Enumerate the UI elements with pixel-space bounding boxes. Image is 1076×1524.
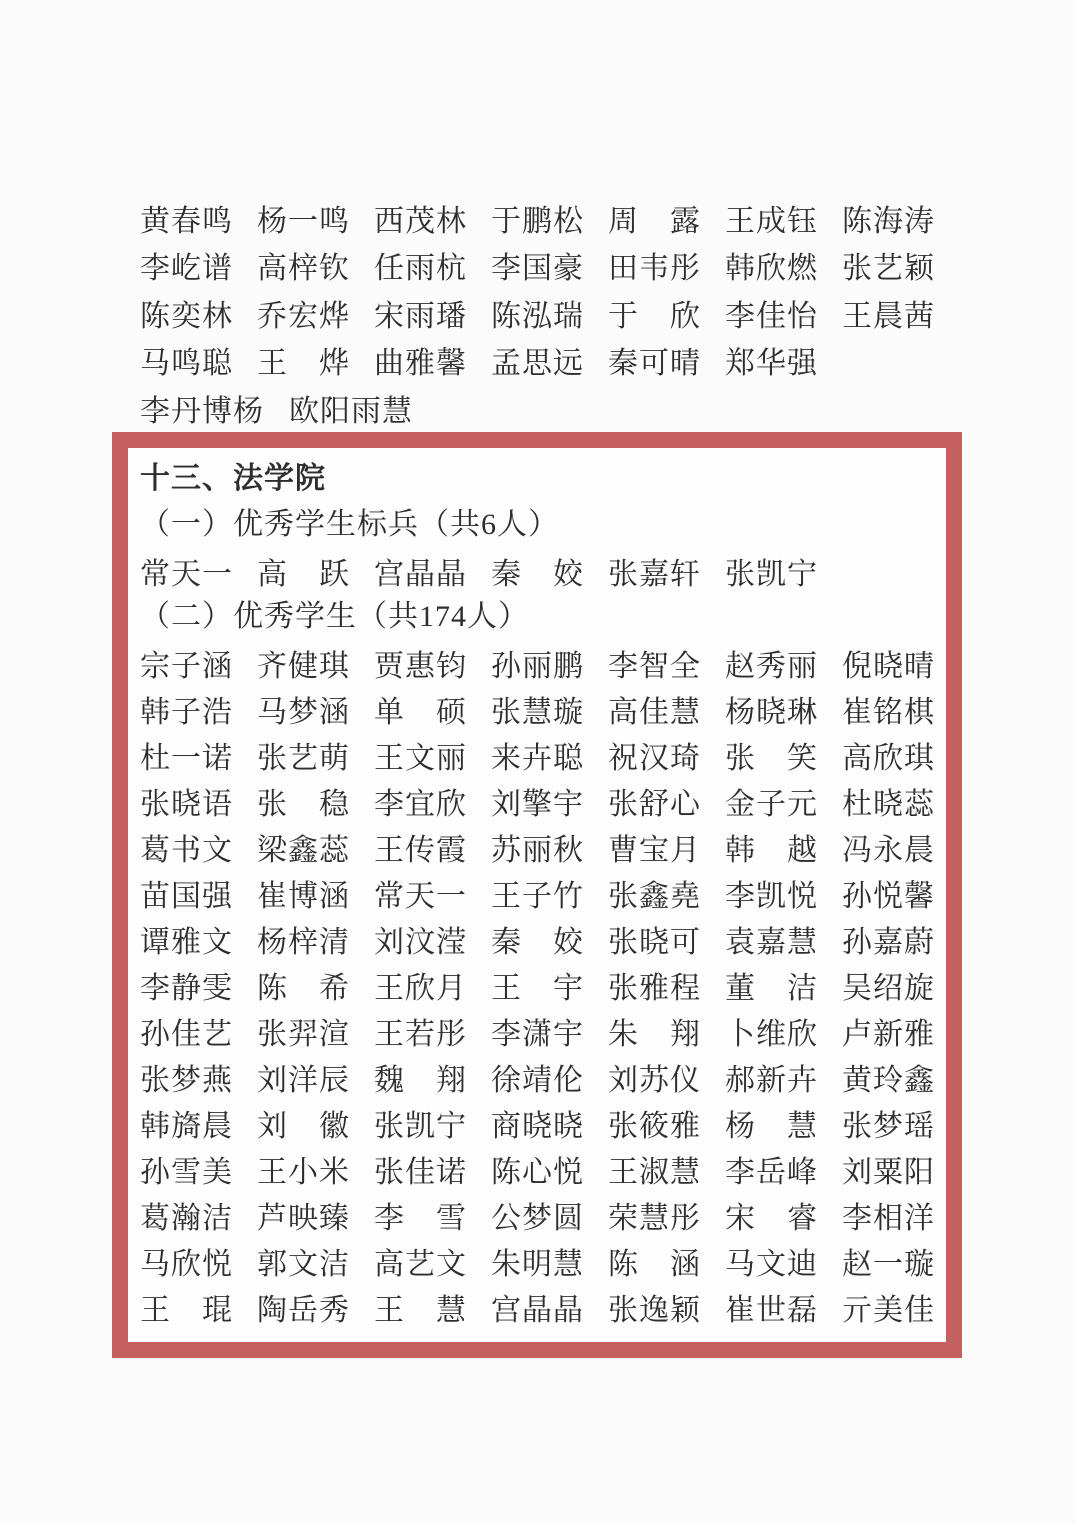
student-name: 卢新雅 <box>842 1009 936 1053</box>
student-name: 王小米 <box>257 1147 351 1191</box>
student-name: 周 露 <box>608 196 702 240</box>
top-name-list: 黄春鸣杨一鸣西茂林于鹏松周 露王成钰陈海涛李屹谱高梓钦任雨杭李国豪田韦彤韩欣燃张… <box>0 194 1076 432</box>
student-name: 金子元 <box>725 779 819 823</box>
student-name: 常天一 <box>374 871 468 915</box>
name-row: 王 琨陶岳秀王 慧宫晶晶张逸颖崔世磊亓美佳 <box>140 1284 946 1330</box>
student-name: 王传霞 <box>374 825 468 869</box>
student-name: 韩旖晨 <box>140 1101 234 1145</box>
student-name: 张佳诺 <box>374 1147 468 1191</box>
student-name: 韩 越 <box>725 825 819 869</box>
student-name: 赵一璇 <box>842 1239 936 1283</box>
student-name: 杨 慧 <box>725 1101 819 1145</box>
student-name: 张 笑 <box>725 733 819 777</box>
student-name: 刘擎宇 <box>491 779 585 823</box>
student-name: 崔博涵 <box>257 871 351 915</box>
student-name: 马梦涵 <box>257 687 351 731</box>
student-name: 公梦圆 <box>491 1193 585 1237</box>
name-row: 张晓语张 稳李宜欣刘擎宇张舒心金子元杜晓蕊 <box>140 778 946 824</box>
student-name: 王 烨 <box>257 338 351 382</box>
student-name: 韩子浩 <box>140 687 234 731</box>
student-name: 张梦瑶 <box>842 1101 936 1145</box>
student-name: 冯永晨 <box>842 825 936 869</box>
student-name: 孙嘉蔚 <box>842 917 936 961</box>
highlighted-section: 十三、法学院 （一）优秀学生标兵（共6人） 常天一高 跃宫晶晶秦 姣张嘉轩张凯宁… <box>112 432 962 1358</box>
student-name: 张鑫堯 <box>608 871 702 915</box>
student-name: 孙佳艺 <box>140 1009 234 1053</box>
student-name: 张逸颖 <box>608 1285 702 1329</box>
name-row: 杜一诺张艺萌王文丽来卉聪祝汉琦张 笑高欣琪 <box>140 732 946 778</box>
name-row: 李静雯陈 希王欣月王 宇张雅程董 洁吴绍旋 <box>140 962 946 1008</box>
student-name: 马文迪 <box>725 1239 819 1283</box>
student-name: 秦 姣 <box>491 549 585 593</box>
student-name: 高 跃 <box>257 549 351 593</box>
student-name: 刘粟阳 <box>842 1147 936 1191</box>
student-name: 李丹博杨 <box>140 386 266 430</box>
student-name: 谭雅文 <box>140 917 234 961</box>
student-name: 张艺萌 <box>257 733 351 777</box>
student-name: 李 雪 <box>374 1193 468 1237</box>
student-name: 王淑慧 <box>608 1147 702 1191</box>
name-row: 苗国强崔博涵常天一王子竹张鑫堯李凯悦孙悦馨 <box>140 870 946 916</box>
document-page: 黄春鸣杨一鸣西茂林于鹏松周 露王成钰陈海涛李屹谱高梓钦任雨杭李国豪田韦彤韩欣燃张… <box>0 0 1076 1358</box>
student-name: 李佳怡 <box>725 291 819 335</box>
student-name: 葛书文 <box>140 825 234 869</box>
student-name: 杨梓清 <box>257 917 351 961</box>
student-name: 张晓可 <box>608 917 702 961</box>
student-name: 陈海涛 <box>842 196 936 240</box>
student-name: 袁嘉慧 <box>725 917 819 961</box>
student-name: 曲雅馨 <box>374 338 468 382</box>
student-name: 刘苏仪 <box>608 1055 702 1099</box>
student-name: 李凯悦 <box>725 871 819 915</box>
outstanding-students-grid: 宗子涵齐健琪贾惠钧孙丽鹏李智全赵秀丽倪晓晴韩子浩马梦涵单 硕张慧璇高佳慧杨晓琳崔… <box>140 640 946 1330</box>
student-name: 吴绍旋 <box>842 963 936 1007</box>
section-title: 十三、法学院 <box>140 456 946 502</box>
student-name: 祝汉琦 <box>608 733 702 777</box>
student-name: 陈 涵 <box>608 1239 702 1283</box>
name-row: 葛瀚洁芦映臻李 雪公梦圆荣慧彤宋 睿李相洋 <box>140 1192 946 1238</box>
student-name: 李静雯 <box>140 963 234 1007</box>
model-students-grid: 常天一高 跃宫晶晶秦 姣张嘉轩张凯宁 <box>140 548 946 594</box>
student-name: 芦映臻 <box>257 1193 351 1237</box>
student-name: 王子竹 <box>491 871 585 915</box>
student-name: 王文丽 <box>374 733 468 777</box>
student-name: 秦可晴 <box>608 338 702 382</box>
student-name: 卜维欣 <box>725 1009 819 1053</box>
student-name: 崔铭棋 <box>842 687 936 731</box>
student-name: 杨晓琳 <box>725 687 819 731</box>
name-row: 常天一高 跃宫晶晶秦 姣张嘉轩张凯宁 <box>140 548 946 594</box>
student-name: 王欣月 <box>374 963 468 1007</box>
student-name: 王成钰 <box>725 196 819 240</box>
student-name: 黄春鸣 <box>140 196 234 240</box>
student-name: 崔世磊 <box>725 1285 819 1329</box>
student-name: 西茂林 <box>374 196 468 240</box>
student-name: 宫晶晶 <box>374 549 468 593</box>
student-name: 黄玲鑫 <box>842 1055 936 1099</box>
student-name: 马鸣聪 <box>140 338 234 382</box>
student-name: 田韦彤 <box>608 243 702 287</box>
name-row: 李屹谱高梓钦任雨杭李国豪田韦彤韩欣燃张艺颖 <box>140 242 976 290</box>
student-name: 亓美佳 <box>842 1285 936 1329</box>
student-name: 来卉聪 <box>491 733 585 777</box>
student-name: 孙悦馨 <box>842 871 936 915</box>
student-name: 张慧璇 <box>491 687 585 731</box>
student-name: 杜晓蕊 <box>842 779 936 823</box>
student-name: 于鹏松 <box>491 196 585 240</box>
student-name: 李智全 <box>608 641 702 685</box>
student-name: 陈奕林 <box>140 291 234 335</box>
student-name: 郭文洁 <box>257 1239 351 1283</box>
student-name: 李潇宇 <box>491 1009 585 1053</box>
student-name: 张筱雅 <box>608 1101 702 1145</box>
student-name: 张凯宁 <box>374 1101 468 1145</box>
student-name: 陈 希 <box>257 963 351 1007</box>
name-row: 张梦燕刘洋辰魏 翔徐靖伦刘苏仪郝新卉黄玲鑫 <box>140 1054 946 1100</box>
student-name: 李屹谱 <box>140 243 234 287</box>
student-name: 孙丽鹏 <box>491 641 585 685</box>
student-name: 张 稳 <box>257 779 351 823</box>
student-name: 杜一诺 <box>140 733 234 777</box>
student-name: 高艺文 <box>374 1239 468 1283</box>
student-name: 魏 翔 <box>374 1055 468 1099</box>
student-name: 刘 徽 <box>257 1101 351 1145</box>
student-name: 单 硕 <box>374 687 468 731</box>
student-name: 乔宏烨 <box>257 291 351 335</box>
name-row: 马欣悦郭文洁高艺文朱明慧陈 涵马文迪赵一璇 <box>140 1238 946 1284</box>
student-name: 董 洁 <box>725 963 819 1007</box>
student-name: 李相洋 <box>842 1193 936 1237</box>
student-name: 徐靖伦 <box>491 1055 585 1099</box>
student-name: 陈心悦 <box>491 1147 585 1191</box>
name-row: 宗子涵齐健琪贾惠钧孙丽鹏李智全赵秀丽倪晓晴 <box>140 640 946 686</box>
student-name: 张凯宁 <box>725 549 819 593</box>
name-row: 黄春鸣杨一鸣西茂林于鹏松周 露王成钰陈海涛 <box>140 194 976 242</box>
student-name: 于 欣 <box>608 291 702 335</box>
student-name: 高梓钦 <box>257 243 351 287</box>
student-name: 齐健琪 <box>257 641 351 685</box>
student-name: 王 宇 <box>491 963 585 1007</box>
student-name: 张雅程 <box>608 963 702 1007</box>
student-name: 高欣琪 <box>842 733 936 777</box>
student-name: 张嘉轩 <box>608 549 702 593</box>
name-row: 葛书文梁鑫蕊王传霞苏丽秋曹宝月韩 越冯永晨 <box>140 824 946 870</box>
student-name: 宋 睿 <box>725 1193 819 1237</box>
name-row: 李丹博杨欧阳雨慧 <box>140 384 976 432</box>
name-row: 谭雅文杨梓清刘汶滢秦 姣张晓可袁嘉慧孙嘉蔚 <box>140 916 946 962</box>
student-name: 韩欣燃 <box>725 243 819 287</box>
student-name: 王若彤 <box>374 1009 468 1053</box>
name-row: 陈奕林乔宏烨宋雨璠陈泓瑞于 欣李佳怡王晨茜 <box>140 289 976 337</box>
student-name: 杨一鸣 <box>257 196 351 240</box>
subsection-heading-outstanding-students: （二）优秀学生（共174人） <box>140 594 946 640</box>
student-name: 商晓晓 <box>491 1101 585 1145</box>
student-name: 朱 翔 <box>608 1009 702 1053</box>
student-name: 刘汶滢 <box>374 917 468 961</box>
name-row: 孙雪美王小米张佳诺陈心悦王淑慧李岳峰刘粟阳 <box>140 1146 946 1192</box>
student-name: 孟思远 <box>491 338 585 382</box>
student-name: 李宜欣 <box>374 779 468 823</box>
student-name: 苏丽秋 <box>491 825 585 869</box>
subsection-heading-model-students: （一）优秀学生标兵（共6人） <box>140 502 946 548</box>
student-name: 欧阳雨慧 <box>289 386 415 430</box>
student-name: 刘洋辰 <box>257 1055 351 1099</box>
student-name: 葛瀚洁 <box>140 1193 234 1237</box>
student-name: 朱明慧 <box>491 1239 585 1283</box>
name-row: 韩子浩马梦涵单 硕张慧璇高佳慧杨晓琳崔铭棋 <box>140 686 946 732</box>
student-name: 荣慧彤 <box>608 1193 702 1237</box>
student-name: 常天一 <box>140 549 234 593</box>
student-name: 李国豪 <box>491 243 585 287</box>
student-name: 张羿渲 <box>257 1009 351 1053</box>
student-name: 陈泓瑞 <box>491 291 585 335</box>
student-name: 王 琨 <box>140 1285 234 1329</box>
student-name: 曹宝月 <box>608 825 702 869</box>
student-name: 王 慧 <box>374 1285 468 1329</box>
student-name: 孙雪美 <box>140 1147 234 1191</box>
name-row: 韩旖晨刘 徽张凯宁商晓晓张筱雅杨 慧张梦瑶 <box>140 1100 946 1146</box>
student-name: 张晓语 <box>140 779 234 823</box>
student-name: 高佳慧 <box>608 687 702 731</box>
name-row: 孙佳艺张羿渲王若彤李潇宇朱 翔卜维欣卢新雅 <box>140 1008 946 1054</box>
student-name: 王晨茜 <box>842 291 936 335</box>
student-name: 马欣悦 <box>140 1239 234 1283</box>
student-name: 张梦燕 <box>140 1055 234 1099</box>
student-name: 张艺颖 <box>842 243 936 287</box>
student-name: 秦 姣 <box>491 917 585 961</box>
student-name: 郝新卉 <box>725 1055 819 1099</box>
student-name: 赵秀丽 <box>725 641 819 685</box>
student-name: 张舒心 <box>608 779 702 823</box>
student-name: 宫晶晶 <box>491 1285 585 1329</box>
student-name: 郑华强 <box>725 338 819 382</box>
student-name: 苗国强 <box>140 871 234 915</box>
student-name: 李岳峰 <box>725 1147 819 1191</box>
student-name: 宋雨璠 <box>374 291 468 335</box>
student-name: 梁鑫蕊 <box>257 825 351 869</box>
student-name: 任雨杭 <box>374 243 468 287</box>
student-name: 倪晓晴 <box>842 641 936 685</box>
name-row: 马鸣聪王 烨曲雅馨孟思远秦可晴郑华强 <box>140 337 976 385</box>
student-name: 宗子涵 <box>140 641 234 685</box>
student-name: 贾惠钧 <box>374 641 468 685</box>
student-name: 陶岳秀 <box>257 1285 351 1329</box>
